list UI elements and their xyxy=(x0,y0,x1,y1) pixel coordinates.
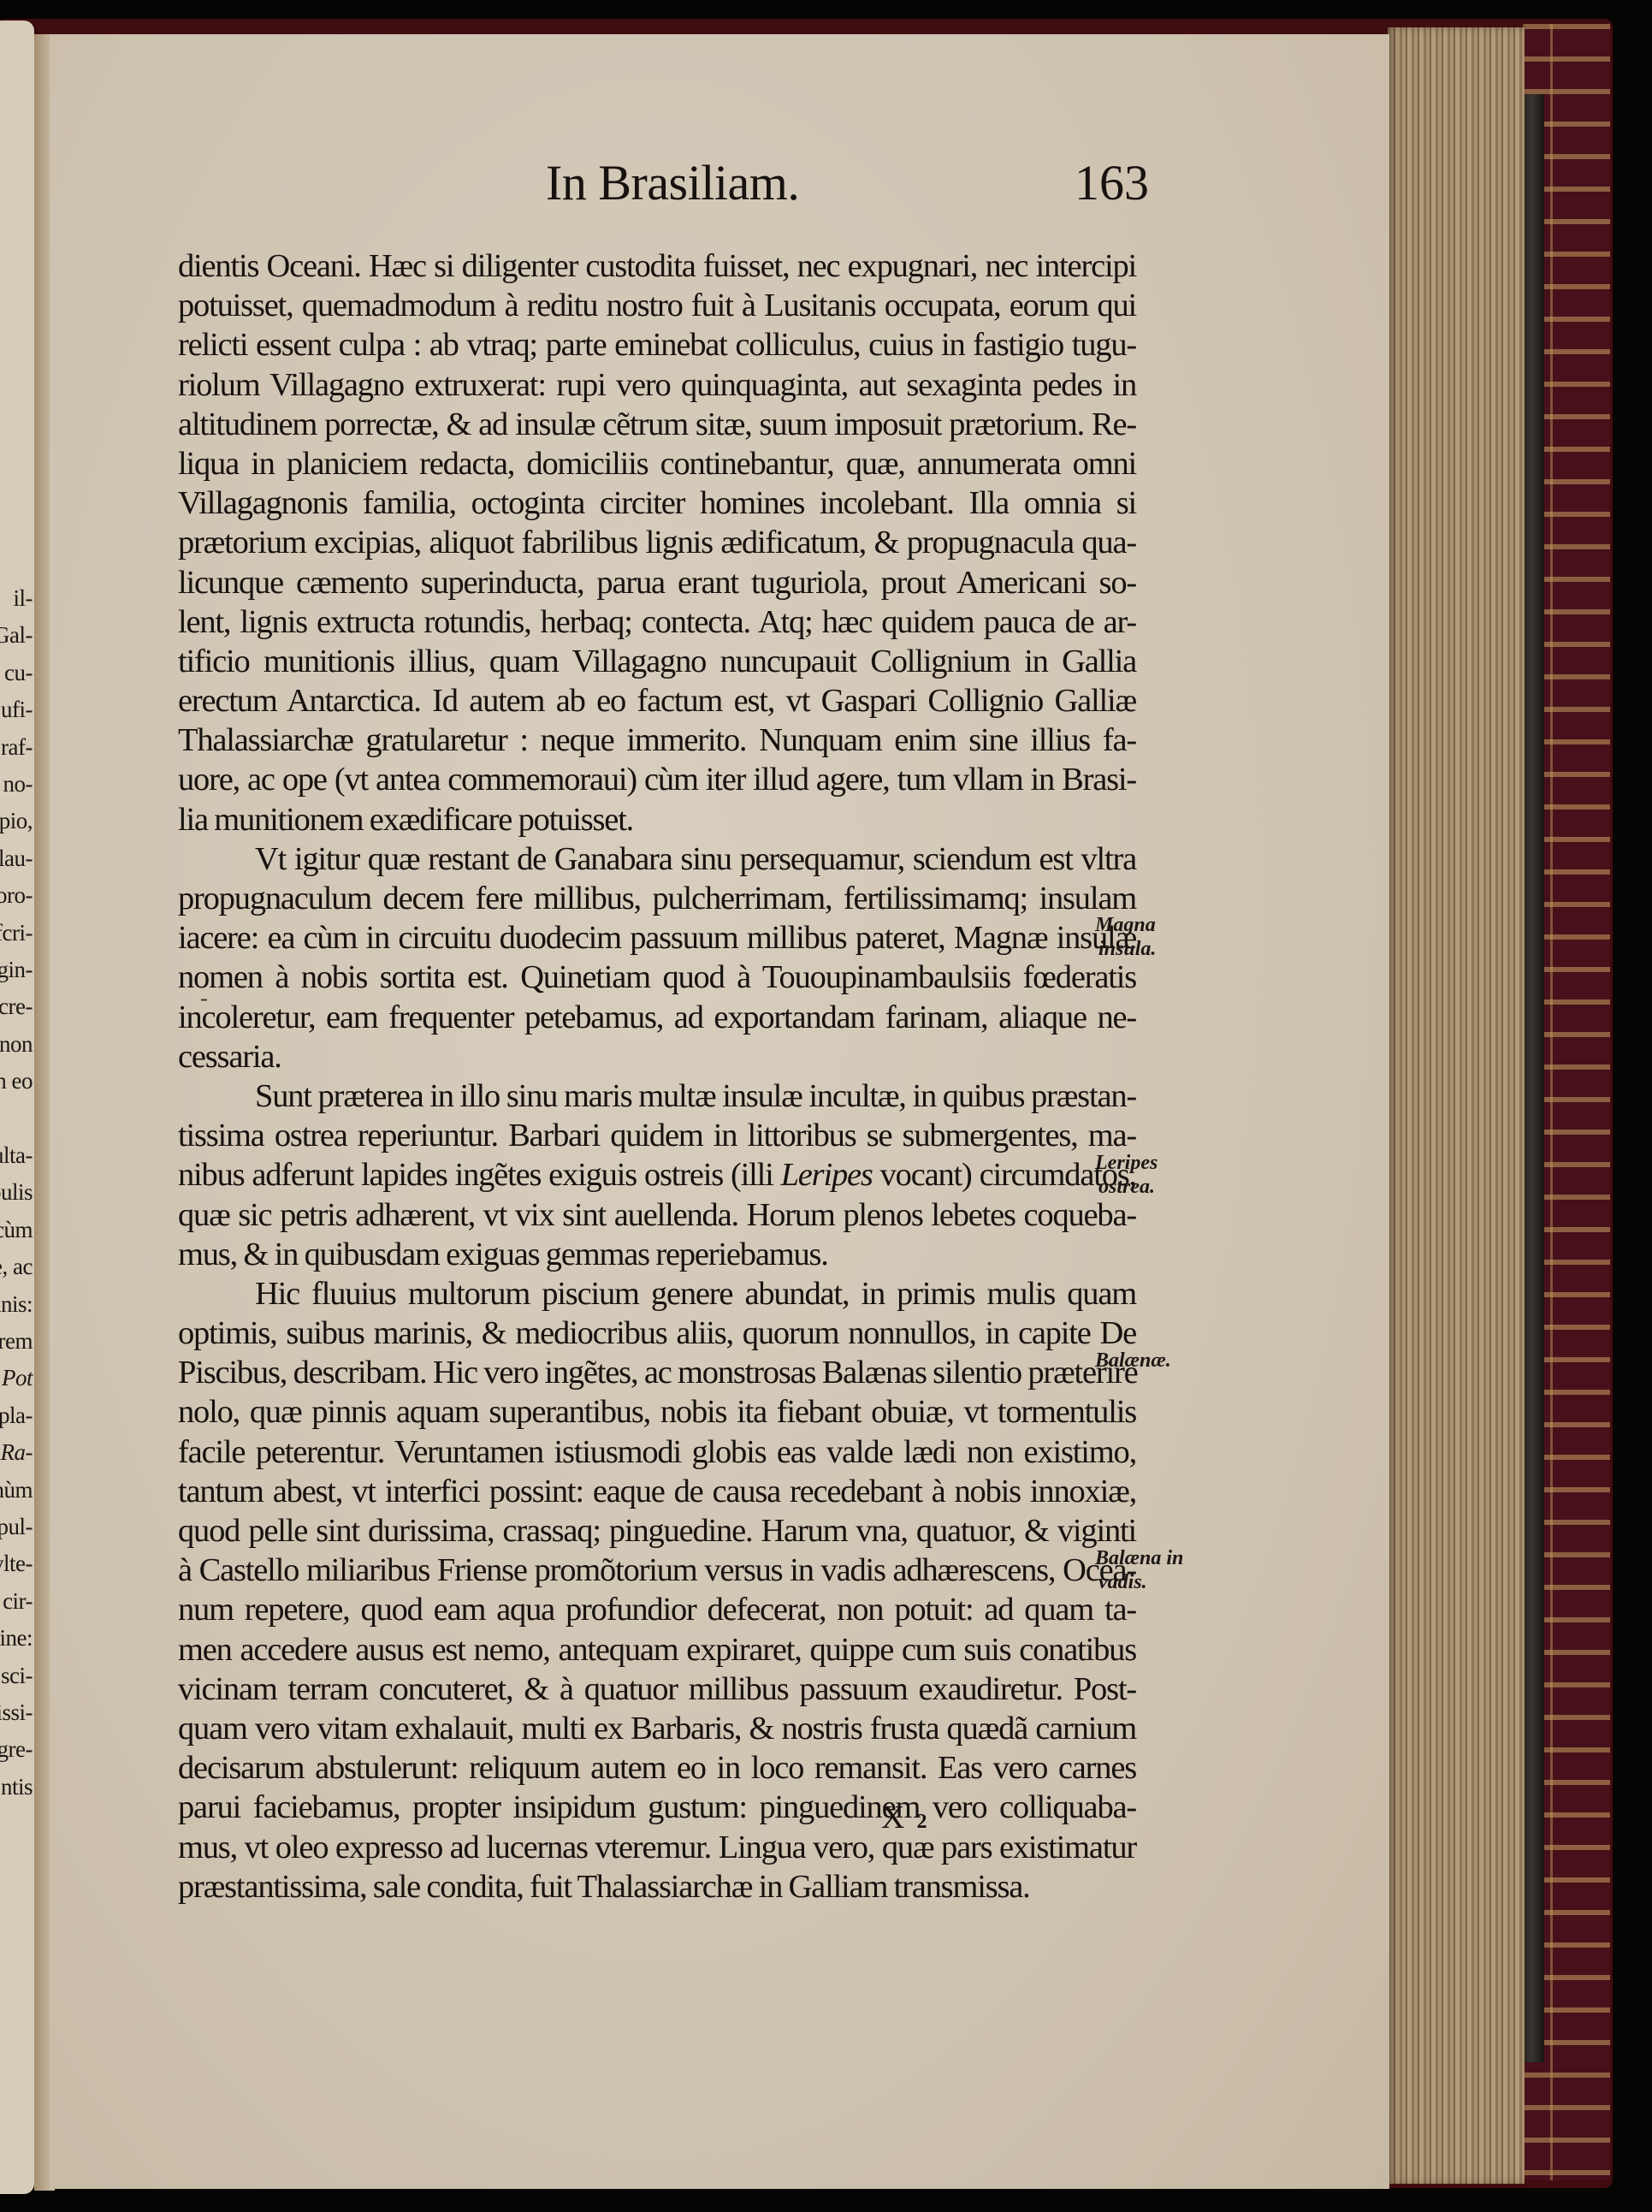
verso-text-fragment: pio, xyxy=(0,808,33,834)
verso-text-fragment: raf- xyxy=(1,734,33,761)
text-line: uore, ac ope (vt antea commemoraui) cùm … xyxy=(178,760,1136,799)
verso-text-fragment: issi- xyxy=(0,1699,33,1726)
text-line: optimis, suibus marinis, & mediocribus a… xyxy=(178,1314,1136,1353)
text-line: præstantissima, sale condita, fuit Thala… xyxy=(178,1867,1136,1907)
marginal-note: Leripesostrea. xyxy=(1095,1151,1158,1199)
verso-text-fragment: non xyxy=(0,1031,33,1058)
text-line: nibus adferunt lapides ingẽtes exiguis o… xyxy=(178,1155,1136,1195)
text-line: Sunt præterea in illo sinu maris multæ i… xyxy=(178,1076,1136,1116)
text-line: tissima ostrea reperiuntur. Barbari quid… xyxy=(178,1116,1136,1155)
verso-text-fragment: il- xyxy=(14,585,33,612)
verso-text-fragment: pla- xyxy=(0,1403,33,1429)
text-line: quam vero vitam exhalauit, multi ex Barb… xyxy=(178,1709,1136,1748)
signature-letter: X xyxy=(881,1800,904,1835)
text-line: Piscibus, describam. Hic vero ingẽtes, a… xyxy=(178,1353,1136,1392)
marginal-note-line: ostrea. xyxy=(1095,1175,1158,1199)
verso-text-fragment: n eo xyxy=(0,1068,33,1094)
verso-text-fragment: rem xyxy=(0,1328,33,1355)
signature-number: 2 xyxy=(916,1811,927,1833)
text-line: licunque cæmento superinducta, parua era… xyxy=(178,563,1136,602)
verso-text-fragment: lau- xyxy=(0,845,33,872)
signature-mark: X2 xyxy=(881,1799,927,1836)
verso-text-fragment: cu- xyxy=(4,660,33,686)
body-text: dientis Oceani. Hæc si diligenter custod… xyxy=(178,246,1136,1907)
text-line: potuisset, quemadmodum à reditu nostro f… xyxy=(178,286,1136,325)
text-line: Vt igitur quæ restant de Ganabara sinu p… xyxy=(178,839,1136,879)
text-line: nolo, quæ pinnis aquam superantibus, nob… xyxy=(178,1392,1136,1432)
verso-text-fragment: no- xyxy=(3,771,33,798)
verso-text-fragment: cùm xyxy=(0,1217,33,1243)
fore-edge-of-text-block xyxy=(1388,27,1525,2184)
text-line: mus, vt oleo expresso ad lucernas vterem… xyxy=(178,1828,1136,1867)
verso-text-fragment: Pot xyxy=(2,1365,33,1391)
text-line: lent, lignis extructa rotundis, herbaq; … xyxy=(178,602,1136,642)
text-line: Villagagnonis familia, octoginta circite… xyxy=(178,483,1136,523)
verso-text-fragment: cre- xyxy=(0,993,33,1020)
text-line: tificio munitionis illius, quam Villagag… xyxy=(178,642,1136,681)
marginal-note-line: vadis. xyxy=(1095,1570,1183,1594)
text-line: lia munitionem exædificare potuisset. xyxy=(178,800,1136,839)
text-line: tantum abest, vt interfici possint: eaqu… xyxy=(178,1472,1136,1511)
text-line: decisarum abstulerunt: reliquum autem eo… xyxy=(178,1748,1136,1788)
verso-text-fragment: fcri- xyxy=(0,920,33,946)
text-line: altitudinem porrectæ, & ad insulæ cẽtrum… xyxy=(178,405,1136,444)
verso-text-fragment: gre- xyxy=(0,1736,33,1763)
verso-text-fragment: vlte- xyxy=(0,1551,33,1577)
text-line: à Castello miliaribus Friense promõtoriu… xyxy=(178,1551,1136,1590)
verso-text-fragment: inis: xyxy=(0,1291,33,1318)
recto-page: In Brasiliam. 163 dientis Oceani. Hæc si… xyxy=(50,34,1389,2189)
verso-text-fragment: ufi- xyxy=(1,697,33,723)
text-line: facile peterentur. Veruntamen istiusmodi… xyxy=(178,1432,1136,1472)
verso-text-fragment: cir- xyxy=(3,1588,33,1615)
verso-text-fragment: ntis xyxy=(1,1774,33,1800)
text-line: cessaria. xyxy=(178,1037,1136,1076)
verso-text-fragment: gin- xyxy=(0,957,33,983)
verso-text-fragment: pulis xyxy=(0,1179,33,1206)
text-line: quæ sic petris adhærent, vt vix sint aue… xyxy=(178,1195,1136,1235)
marginal-note-line: Balæna in xyxy=(1095,1546,1183,1570)
marginal-note-line: Magna xyxy=(1095,913,1156,937)
verso-text-fragment: e, ac xyxy=(0,1254,33,1280)
text-line: men accedere ausus est nemo, antequam ex… xyxy=(178,1630,1136,1669)
text-line: num repetere, quod eam aqua profundior d… xyxy=(178,1590,1136,1629)
running-head: In Brasiliam. xyxy=(546,154,799,211)
text-line: iacere: ea cùm in circuitu duodecim pass… xyxy=(178,918,1136,958)
text-line: prætorium excipias, aliquot fabrilibus l… xyxy=(178,523,1136,562)
text-line: dientis Oceani. Hæc si diligenter custod… xyxy=(178,246,1136,286)
text-line: liqua in planiciem redacta, domiciliis c… xyxy=(178,444,1136,483)
text-line: mus, & in quibusdam exiguas gemmas reper… xyxy=(178,1235,1136,1274)
marginal-note: Balæna invadis. xyxy=(1095,1546,1183,1594)
text-line: propugnaculum decem fere millibus, pulch… xyxy=(178,879,1136,918)
verso-text-fragment: Ra- xyxy=(1,1439,33,1466)
verso-text-fragment: oro- xyxy=(0,882,33,909)
marginal-note-line: insula. xyxy=(1095,937,1156,961)
marginal-note-line: Leripes xyxy=(1095,1151,1158,1175)
text-line: Hic fluuius multorum piscium genere abun… xyxy=(178,1274,1136,1314)
verso-text-fragment: pul- xyxy=(0,1514,33,1540)
text-line: relicti essent culpa : ab vtraq; parte e… xyxy=(178,325,1136,365)
italic-term: Leripes xyxy=(781,1157,873,1193)
text-line: parui faciebamus, propter insipidum gust… xyxy=(178,1788,1136,1827)
text-line: nomen à nobis sortita est. Quinetiam quo… xyxy=(178,958,1136,997)
verso-page-sliver: il-Gal-cu-ufi-raf-no-pio,lau-oro-fcri-gi… xyxy=(0,21,34,2194)
marginal-note: Magnainsula. xyxy=(1095,913,1156,961)
verso-text-fragment: ine: xyxy=(0,1625,33,1652)
verso-text-fragment: Gal- xyxy=(0,622,33,649)
verso-text-fragment: sci- xyxy=(1,1663,33,1689)
page-number: 163 xyxy=(1075,154,1149,211)
text-line: quod pelle sint durissima, crassaq; ping… xyxy=(178,1511,1136,1551)
verso-text-fragment: ulta- xyxy=(0,1142,33,1169)
text-line: vicinam terram concuteret, & à quatuor m… xyxy=(178,1669,1136,1709)
marginal-note-line: Balænæ. xyxy=(1095,1349,1171,1373)
text-line: incoleretur, eam frequenter petebamus, a… xyxy=(178,998,1136,1037)
text-line: erectum Antarctica. Id autem ab eo factu… xyxy=(178,681,1136,721)
marginal-note: Balænæ. xyxy=(1095,1349,1171,1373)
verso-text-fragment: nùm xyxy=(0,1477,33,1503)
text-line: riolum Villagagno extruxerat: rupi vero … xyxy=(178,365,1136,405)
stray-dash-mark: - xyxy=(200,986,208,1011)
text-line: Thalassiarchæ gratularetur : neque immer… xyxy=(178,721,1136,760)
